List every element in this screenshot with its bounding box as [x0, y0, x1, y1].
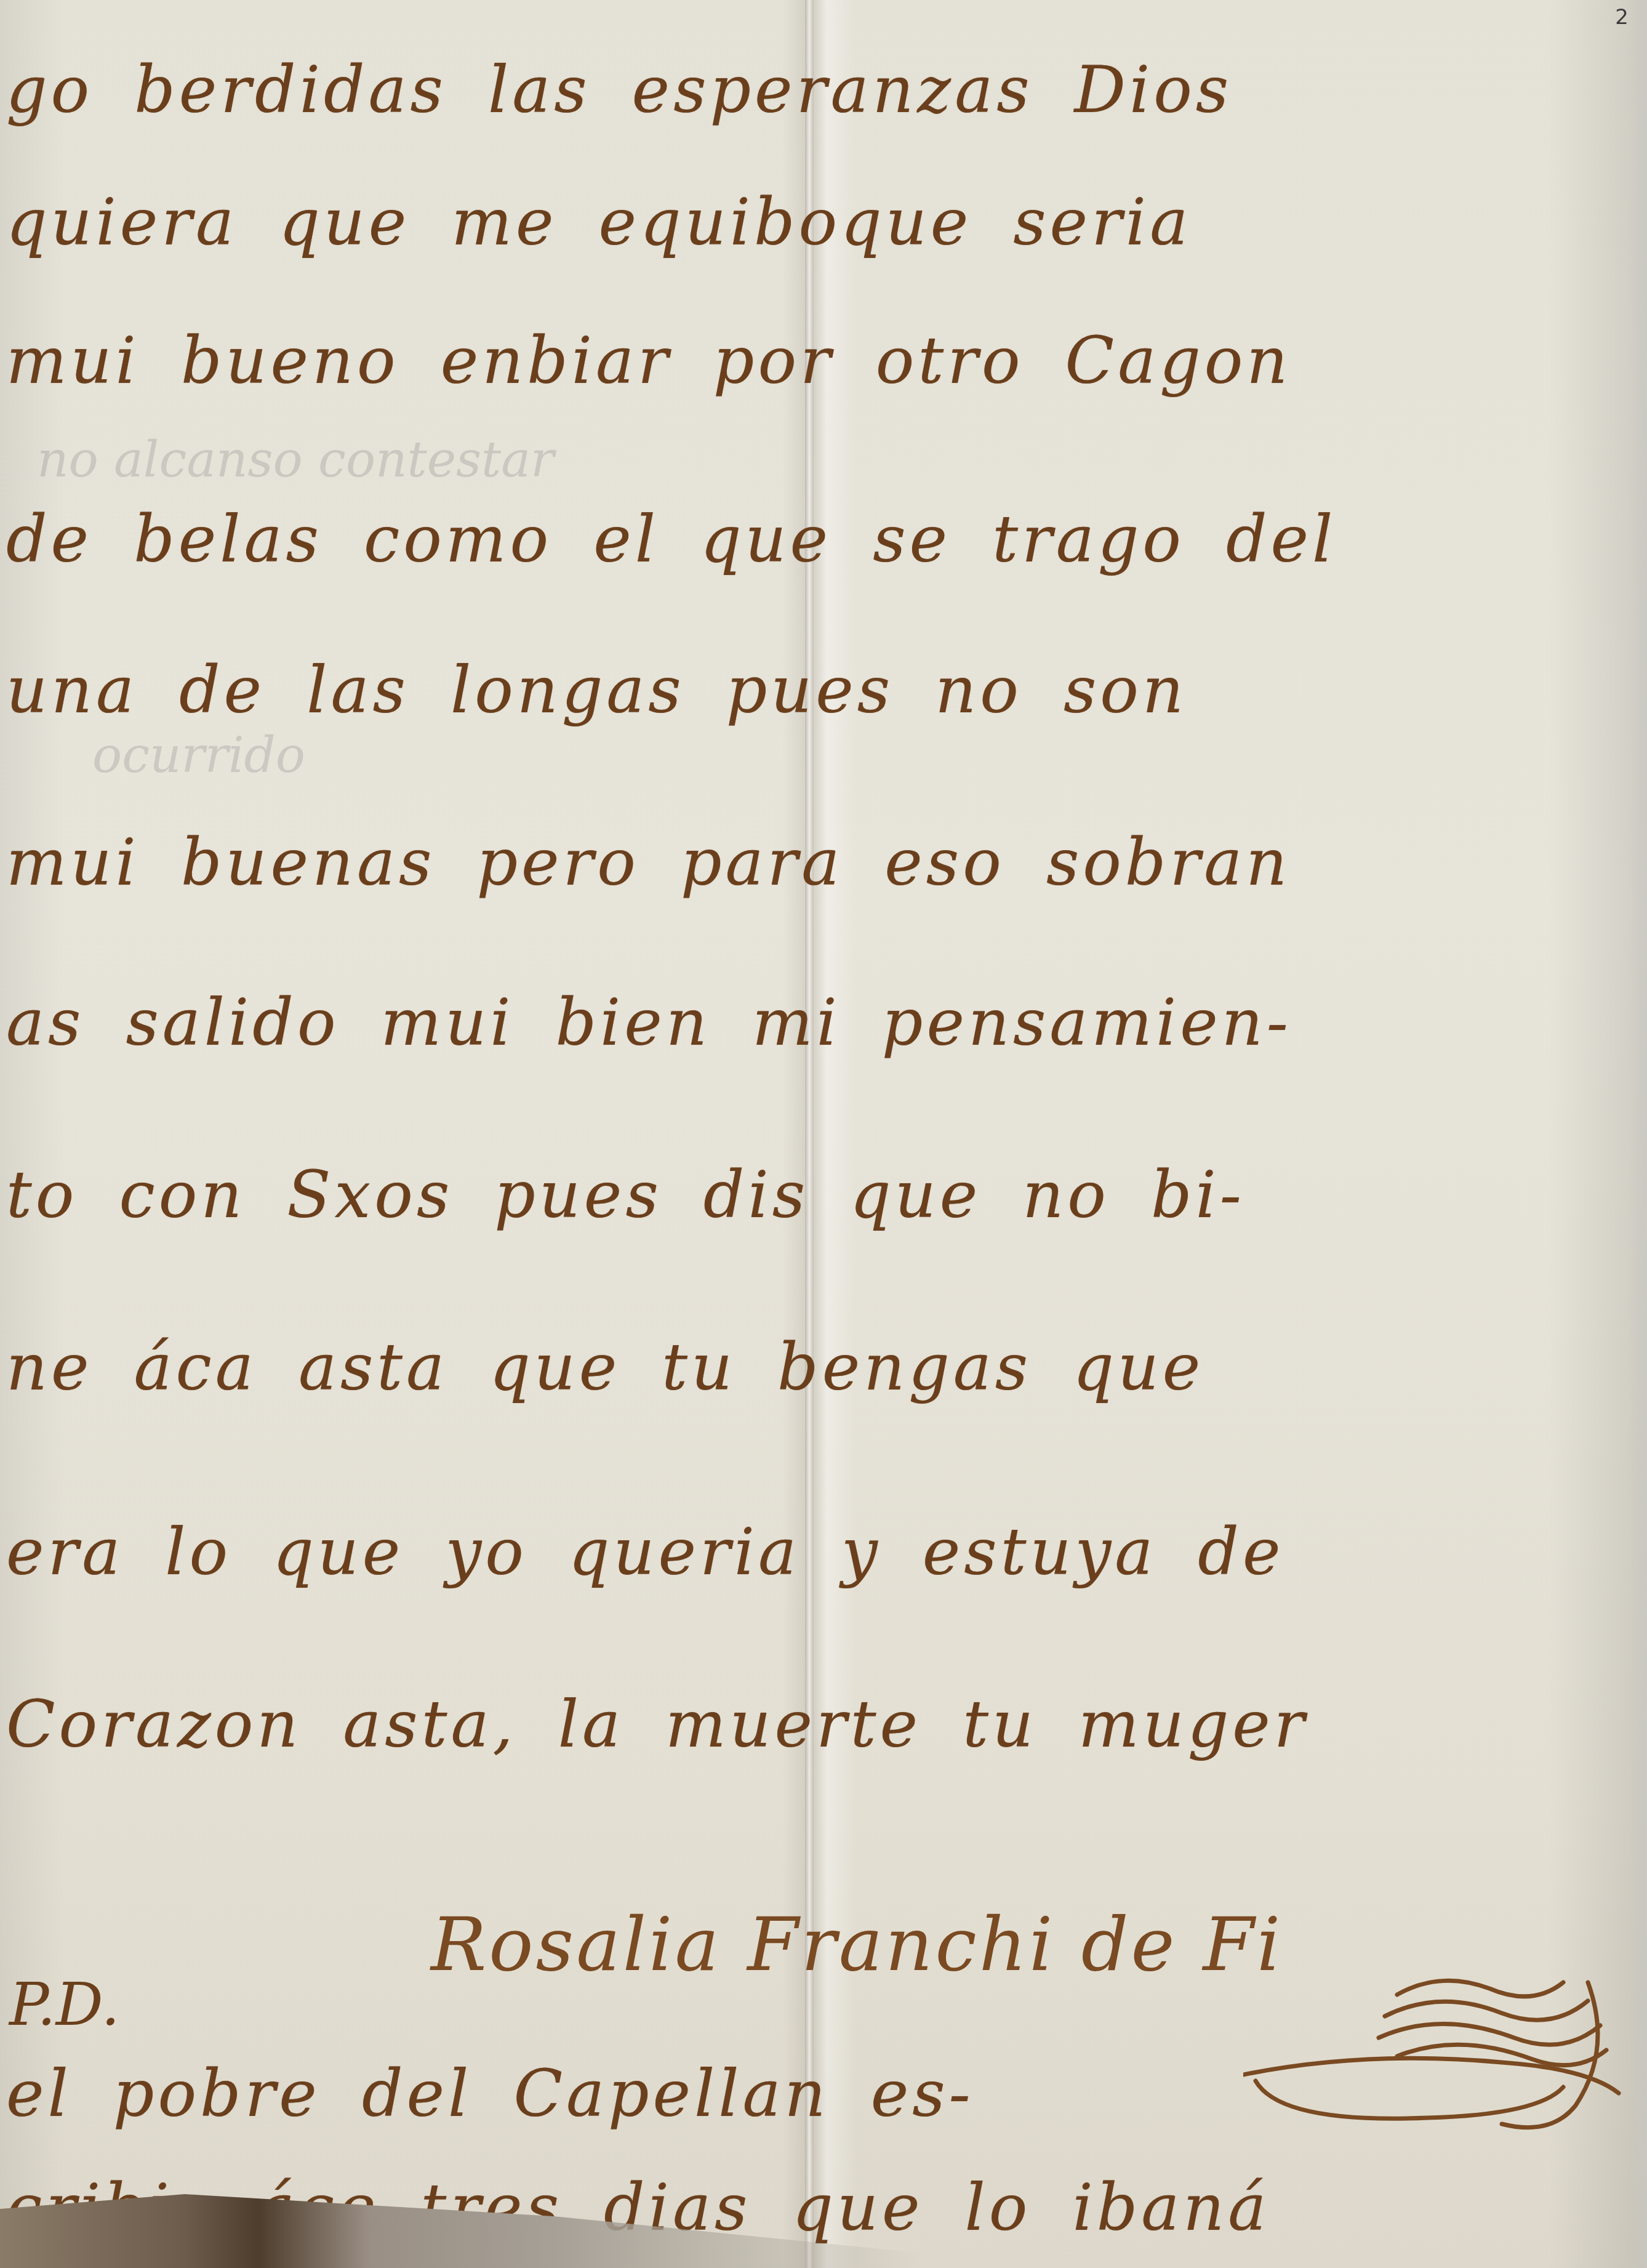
- page-edge: [1629, 0, 1647, 2268]
- letter-line: ne áca asta que tu bengas que: [6, 1330, 1204, 1405]
- letter-line: as salido mui bien mi pensamien-: [6, 985, 1292, 1060]
- page-number: 2: [1615, 5, 1629, 30]
- postscript-label: P.D.: [9, 1970, 120, 2039]
- letter-line: to con Sxos pues dis que no bi-: [6, 1157, 1245, 1233]
- letter-line: quiera que me equiboque seria: [6, 185, 1192, 260]
- postscript-line: el pobre del Capellan es-: [6, 2056, 974, 2131]
- bleed-through-text: no alcanso contestar: [37, 431, 554, 488]
- signature: Rosalia Franchi de Fi: [431, 1902, 1283, 1988]
- letter-line: Corazon asta, la muerte tu muger: [6, 1687, 1308, 1762]
- letter-line: go berdidas las esperanzas Dios: [6, 52, 1232, 127]
- bleed-through-text: ocurrido: [92, 726, 305, 784]
- letter-line: mui bueno enbiar por otro Cagon: [6, 323, 1291, 398]
- letter-page: no alcanso contestar ocurrido 2 go berdi…: [0, 0, 1647, 2268]
- letter-line: mui buenas pero para eso sobran: [6, 825, 1291, 900]
- signature-rubric-flourish: [1243, 1958, 1625, 2142]
- letter-line: de belas como el que se trago del: [6, 502, 1336, 577]
- letter-line: una de las longas pues no son: [6, 653, 1187, 728]
- letter-line: era lo que yo queria y estuya de: [6, 1514, 1284, 1590]
